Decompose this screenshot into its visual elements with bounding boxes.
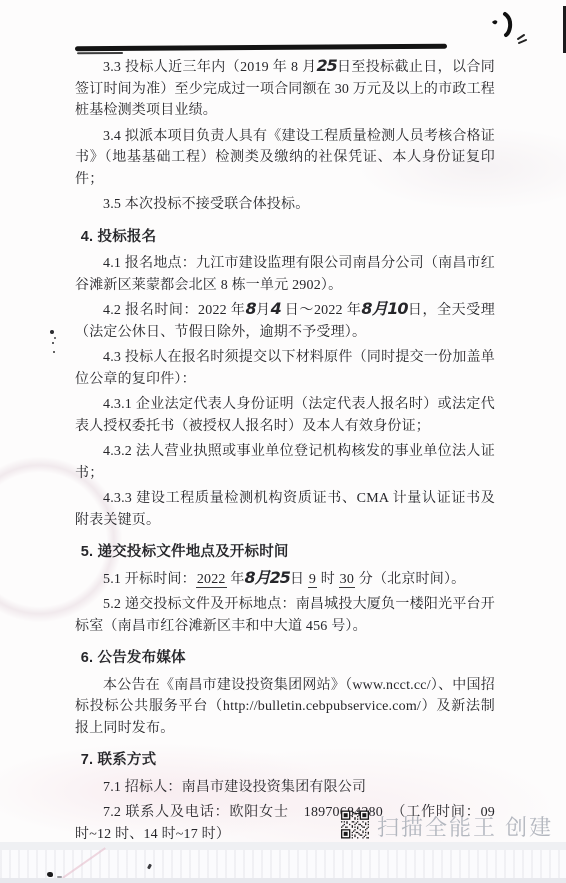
text-segment: 6. 公告发布媒体 bbox=[81, 650, 186, 666]
paragraph: 4.1 报名地点：九江市建设监理有限公司南昌分公司（南昌市红谷滩新区莱蒙都会北区… bbox=[75, 253, 495, 296]
underlined-text: 30 bbox=[339, 572, 355, 588]
scanned-tender-document: { "document": { "blocks": [ {"type":"par… bbox=[0, 0, 566, 883]
handwritten-text: 4 bbox=[271, 299, 281, 318]
text-segment: 分（北京时间）。 bbox=[355, 572, 465, 587]
text-segment: 3.4 拟派本项目负责人具有《建设工程质量检测人员考核合格证书》（地基基础工程）… bbox=[75, 129, 495, 187]
paragraph: 5.1 开标时间：2022 年8月25日 9 时 30 分（北京时间）。 bbox=[75, 569, 495, 591]
handwritten-text: 25 bbox=[317, 56, 337, 75]
watermark-label: 扫描全能王 创建 bbox=[377, 811, 553, 842]
paragraph: 7.1 招标人：南昌市建设投资集团有限公司 bbox=[75, 777, 495, 799]
scanned-page: 3.3 投标人近三年内（2019 年 8 月25日至投标截止日，以合同签订时间为… bbox=[0, 0, 566, 842]
text-segment: 本公告在《南昌市建设投资集团网站》（www.ncct.cc/）、中国招标投标公共… bbox=[75, 678, 495, 736]
text-segment: 3.5 本次投标不接受联合体投标。 bbox=[103, 197, 309, 212]
section-heading: 6. 公告发布媒体 bbox=[75, 648, 495, 670]
section-heading: 5. 递交投标文件地点及开标时间 bbox=[75, 542, 495, 564]
document-body: 3.3 投标人近三年内（2019 年 8 月25日至投标截止日，以合同签订时间为… bbox=[75, 57, 495, 849]
section-heading: 4. 投标报名 bbox=[75, 227, 495, 249]
ink-blot bbox=[50, 330, 54, 334]
handwritten-text: 8月10 bbox=[361, 299, 407, 318]
scan-bottom-band bbox=[0, 878, 566, 883]
text-segment: 日～2022 年 bbox=[281, 303, 362, 318]
dust-speck bbox=[47, 872, 53, 877]
paragraph: 3.5 本次投标不接受联合体投标。 bbox=[75, 194, 495, 216]
next-page-sliver bbox=[0, 850, 566, 878]
scan-fold-line bbox=[75, 44, 447, 52]
text-segment: 5.1 开标时间： bbox=[103, 572, 196, 587]
section-heading: 7. 联系方式 bbox=[75, 750, 495, 772]
handwritten-text: 8 bbox=[246, 299, 256, 318]
text-segment: 年 bbox=[227, 572, 245, 587]
underlined-text: 9 bbox=[308, 572, 317, 588]
text-segment: 日 bbox=[290, 572, 308, 587]
paragraph: 5.2 递交投标文件及开标地点：南昌城投大厦负一楼阳光平台开标室（南昌市红谷滩新… bbox=[75, 594, 495, 637]
paragraph: 3.3 投标人近三年内（2019 年 8 月25日至投标截止日，以合同签订时间为… bbox=[75, 57, 495, 122]
text-segment: 5.2 递交投标文件及开标地点：南昌城投大厦负一楼阳光平台开标室（南昌市红谷滩新… bbox=[75, 597, 495, 634]
text-segment: 4.3.3 建设工程质量检测机构资质证书、CMA 计量认证证书及附表关键页。 bbox=[75, 491, 495, 528]
text-segment: 月 bbox=[256, 303, 271, 318]
paragraph: 本公告在《南昌市建设投资集团网站》（www.ncct.cc/）、中国招标投标公共… bbox=[75, 675, 495, 740]
paragraph: 3.4 拟派本项目负责人具有《建设工程质量检测人员考核合格证书》（地基基础工程）… bbox=[75, 126, 495, 191]
text-segment: 时 bbox=[317, 572, 339, 587]
text-segment: 4.2 报名时间：2022 年 bbox=[103, 303, 246, 318]
handwritten-text: 8月25 bbox=[245, 568, 290, 587]
text-segment: 4.3 投标人在报名时须提交以下材料原件（同时提交一份加盖单位公章的复印件）： bbox=[75, 350, 495, 387]
paragraph: 4.3.3 建设工程质量检测机构资质证书、CMA 计量认证证书及附表关键页。 bbox=[75, 488, 495, 531]
text-segment: 4.3.1 企业法定代表人身份证明（法定代表人报名时）或法定代表人授权委托书（被… bbox=[75, 397, 495, 434]
text-segment: 4.3.2 法人营业执照或事业单位登记机构核发的事业单位法人证书； bbox=[75, 444, 495, 481]
handwritten-corner-mark bbox=[478, 6, 540, 48]
text-segment: 5. 递交投标文件地点及开标时间 bbox=[81, 544, 289, 560]
underlined-text: 2022 bbox=[196, 572, 227, 588]
text-segment: 7. 联系方式 bbox=[81, 752, 157, 768]
text-segment: 7.1 招标人：南昌市建设投资集团有限公司 bbox=[103, 780, 366, 795]
text-segment: 4. 投标报名 bbox=[81, 229, 157, 245]
paragraph: 4.3 投标人在报名时须提交以下材料原件（同时提交一份加盖单位公章的复印件）： bbox=[75, 347, 495, 390]
qr-code-icon bbox=[341, 810, 369, 839]
text-segment: 4.1 报名地点：九江市建设监理有限公司南昌分公司（南昌市红谷滩新区莱蒙都会北区… bbox=[75, 256, 495, 293]
paragraph: 4.3.1 企业法定代表人身份证明（法定代表人报名时）或法定代表人授权委托书（被… bbox=[75, 394, 495, 437]
paragraph: 4.2 报名时间：2022 年8月4 日～2022 年8月10日，全天受理（法定… bbox=[75, 300, 495, 343]
paragraph: 4.3.2 法人营业执照或事业单位登记机构核发的事业单位法人证书； bbox=[75, 441, 495, 484]
text-segment: 3.3 投标人近三年内（2019 年 8 月 bbox=[103, 60, 317, 75]
scan-gap-band bbox=[0, 842, 566, 850]
